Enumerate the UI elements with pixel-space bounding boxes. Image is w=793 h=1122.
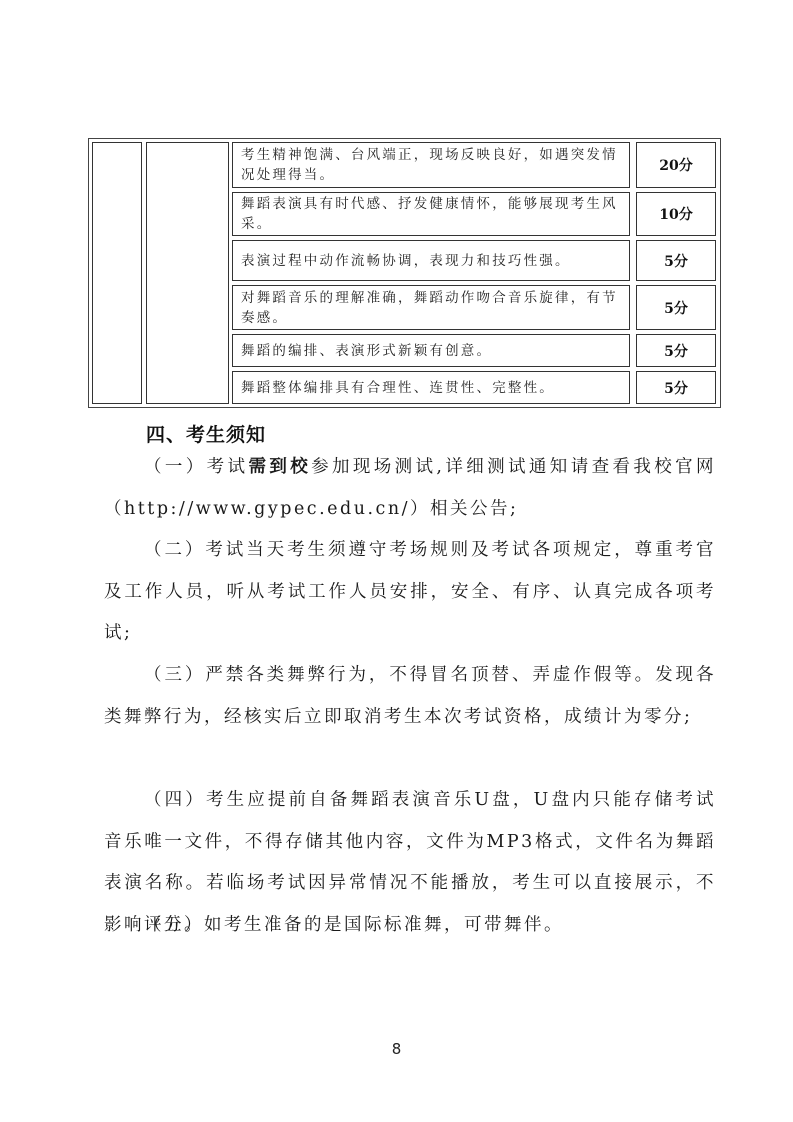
score-cell: 5分 bbox=[636, 240, 716, 281]
subcategory-cell bbox=[146, 142, 229, 404]
emphasis-text: 需到校 bbox=[248, 457, 311, 477]
scoring-table: 考生精神饱满、台风端正，现场反映良好，如遇突发情况处理得当。 20分 舞蹈表演具… bbox=[88, 138, 721, 408]
criterion-cell: 舞蹈整体编排具有合理性、连贯性、完整性。 bbox=[232, 371, 630, 404]
criterion-cell: 舞蹈表演具有时代感、抒发健康情怀，能够展现考生风采。 bbox=[232, 192, 630, 236]
criterion-cell: 考生精神饱满、台风端正，现场反映良好，如遇突发情况处理得当。 bbox=[232, 142, 630, 188]
section-heading: 四、考生须知 bbox=[146, 420, 266, 447]
score-cell: 5分 bbox=[636, 285, 716, 330]
category-cell bbox=[92, 142, 142, 404]
notice-item-2: （二）考试当天考生须遵守考场规则及考试各项规定，尊重考官及工作人员，听从考试工作… bbox=[104, 530, 716, 655]
criterion-cell: 表演过程中动作流畅协调，表现力和技巧性强。 bbox=[232, 240, 630, 281]
score-cell: 20分 bbox=[636, 142, 716, 188]
notice-item-5: （五）如考生准备的是国际标准舞，可带舞伴。 bbox=[104, 905, 716, 947]
criterion-cell: 对舞蹈音乐的理解准确，舞蹈动作吻合音乐旋律，有节奏感。 bbox=[232, 285, 630, 330]
notice-item-1: （一）考试需到校参加现场测试,详细测试通知请查看我校官网（http://www.… bbox=[104, 447, 716, 530]
score-cell: 5分 bbox=[636, 334, 716, 367]
criterion-cell: 舞蹈的编排、表演形式新颖有创意。 bbox=[232, 334, 630, 367]
page-number: 8 bbox=[0, 1040, 793, 1058]
notice-item-3: （三）严禁各类舞弊行为，不得冒名顶替、弄虚作假等。发现各类舞弊行为，经核实后立即… bbox=[104, 655, 716, 738]
score-cell: 10分 bbox=[636, 192, 716, 236]
score-cell: 5分 bbox=[636, 371, 716, 404]
